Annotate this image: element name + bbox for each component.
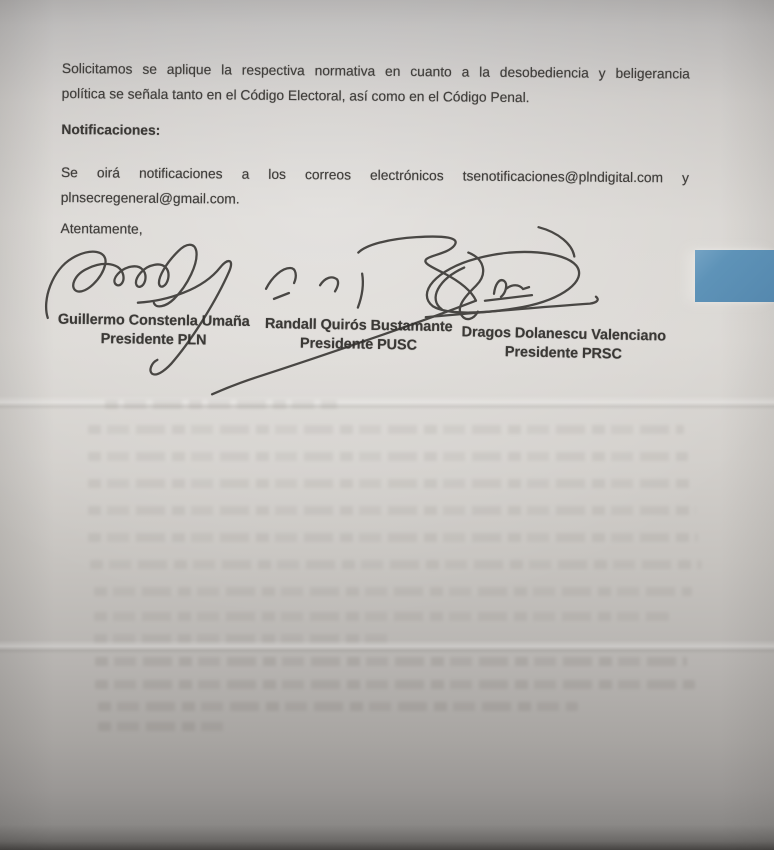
bleed-through-line (98, 722, 228, 731)
bleed-through-line (88, 452, 688, 461)
bleed-through-line (90, 560, 702, 569)
bleed-through-line (105, 400, 337, 409)
signatory-name: Randall Quirós Bustamante (253, 315, 465, 338)
signatory-title: Presidente PLN (42, 329, 264, 351)
bleed-through-line (95, 657, 687, 666)
bleed-through-line (94, 587, 692, 596)
closing-salutation: Atentamente, (60, 216, 142, 242)
paragraph-emails: Se oirá notificaciones a los correos ele… (61, 160, 689, 215)
signatory-block-prsc: Dragos Dolanescu Valenciano Presidente P… (447, 323, 680, 366)
signatory-title: Presidente PUSC (252, 334, 464, 357)
notifications-heading: Notificaciones: (61, 117, 160, 143)
signatory-name: Guillermo Constenla Umaña (43, 310, 265, 332)
signature-dragos-prsc (426, 226, 599, 320)
bleed-through-line (94, 634, 394, 643)
bleed-through-line (95, 680, 695, 689)
paragraph-normativa: Solicitamos se aplique la respectiva nor… (62, 56, 690, 111)
bleed-through-line (88, 506, 696, 515)
signatory-block-pln: Guillermo Constenla Umaña Presidente PLN (42, 310, 264, 351)
signatory-block-pusc: Randall Quirós Bustamante Presidente PUS… (252, 315, 465, 357)
bleed-through-line (88, 479, 692, 488)
signature-guillermo-pln (46, 244, 232, 376)
blue-redaction-box (695, 250, 774, 302)
scanned-letter-page: Solicitamos se aplique la respectiva nor… (0, 0, 774, 850)
bleed-through-line (98, 702, 578, 711)
bleed-through-line (88, 425, 684, 434)
bleed-through-line (88, 533, 698, 542)
bleed-through-line (94, 612, 669, 621)
